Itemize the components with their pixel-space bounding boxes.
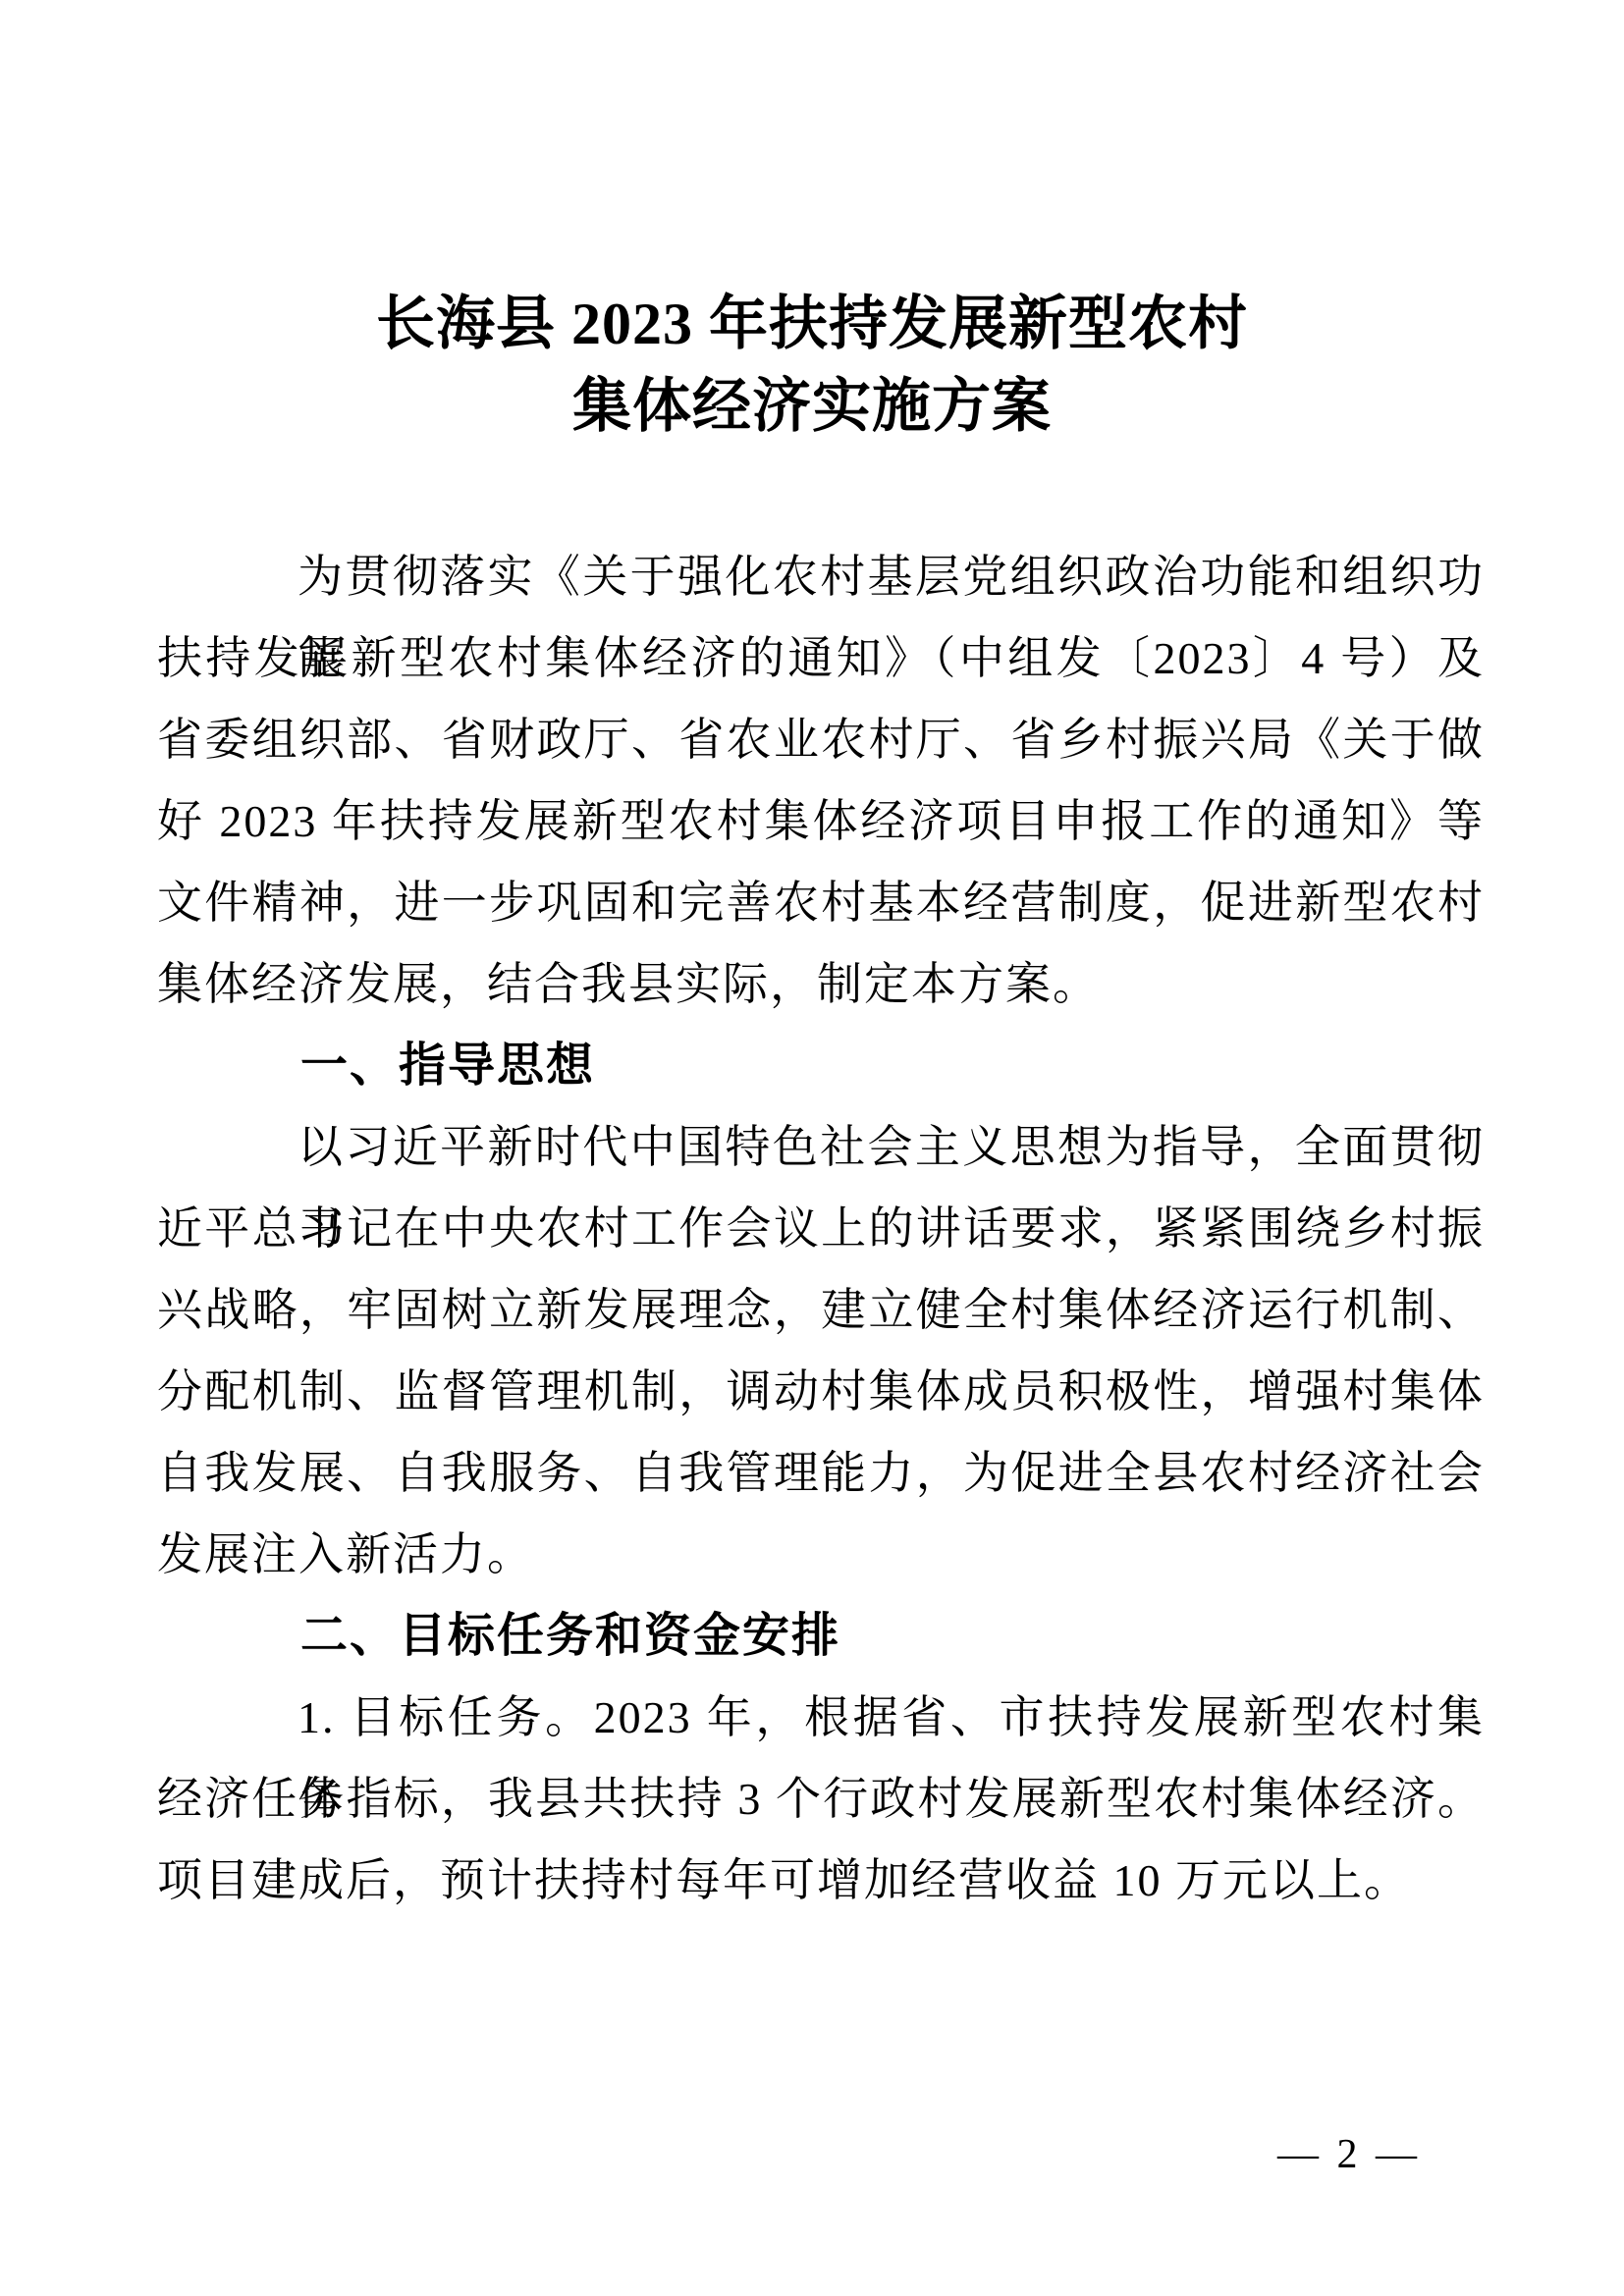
paragraph-line: 兴战略，牢固树立新发展理念，建立健全村集体经济运行机制、 xyxy=(157,1269,1485,1351)
paragraph-line: 自我发展、自我服务、自我管理能力，为促进全县农村经济社会 xyxy=(157,1432,1485,1514)
document-body: 为贯彻落实《关于强化农村基层党组织政治功能和组织功能 扶持发展新型农村集体经济的… xyxy=(157,536,1485,1921)
paragraph-line: 项目建成后，预计扶持村每年可增加经营收益 10 万元以上。 xyxy=(157,1840,1485,1921)
paragraph-line: 以习近平新时代中国特色社会主义思想为指导，全面贯彻习 xyxy=(157,1106,1485,1188)
paragraph-line: 文件精神，进一步巩固和完善农村基本经营制度，促进新型农村 xyxy=(157,862,1485,943)
paragraph-line: 为贯彻落实《关于强化农村基层党组织政治功能和组织功能 xyxy=(157,536,1485,617)
paragraph-line: 好 2023 年扶持发展新型农村集体经济项目申报工作的通知》等 xyxy=(157,780,1485,862)
paragraph-line: 1. 目标任务。2023 年，根据省、市扶持发展新型农村集体 xyxy=(157,1677,1485,1758)
document-title-line-2: 集体经济实施方案 xyxy=(0,365,1624,448)
paragraph-line: 经济任务指标，我县共扶持 3 个行政村发展新型农村集体经济。 xyxy=(157,1758,1485,1840)
paragraph-line: 扶持发展新型农村集体经济的通知》（中组发〔2023〕4 号）及 xyxy=(157,617,1485,699)
section-heading-1: 一、指导思想 xyxy=(157,1025,1485,1106)
page-number: — 2 — xyxy=(1277,2132,1421,2177)
paragraph-line: 发展注入新活力。 xyxy=(157,1514,1485,1595)
document-page: 长海县 2023 年扶持发展新型农村 集体经济实施方案 为贯彻落实《关于强化农村… xyxy=(0,0,1624,2296)
document-title: 长海县 2023 年扶持发展新型农村 集体经济实施方案 xyxy=(0,283,1624,448)
paragraph-line: 近平总书记在中央农村工作会议上的讲话要求，紧紧围绕乡村振 xyxy=(157,1188,1485,1269)
section-heading-2: 二、目标任务和资金安排 xyxy=(157,1595,1485,1677)
paragraph-line: 省委组织部、省财政厅、省农业农村厅、省乡村振兴局《关于做 xyxy=(157,699,1485,780)
document-title-line-1: 长海县 2023 年扶持发展新型农村 xyxy=(0,283,1624,365)
paragraph-line: 集体经济发展，结合我县实际，制定本方案。 xyxy=(157,943,1485,1025)
paragraph-line: 分配机制、监督管理机制，调动村集体成员积极性，增强村集体 xyxy=(157,1351,1485,1432)
